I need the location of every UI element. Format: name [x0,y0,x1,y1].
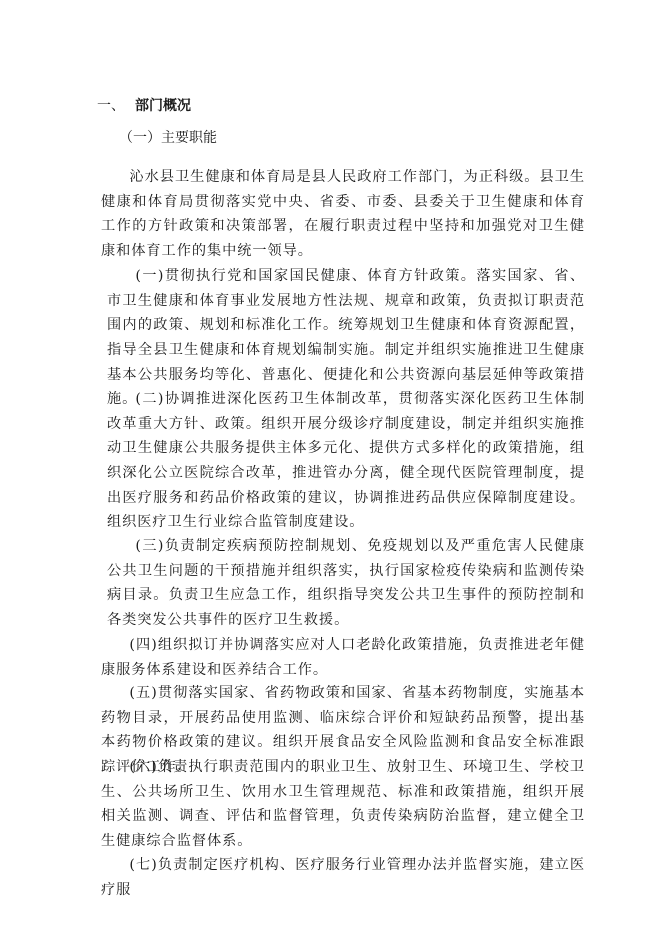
section-number: 一、 [97,95,135,115]
subsection-heading: （一）主要职能 [119,127,217,147]
duty-item-7: (七)负责制定医疗机构、医疗服务行业管理办法并监督实施，建立医疗服 [101,853,585,902]
section-title: 部门概况 [135,98,191,114]
duty-item-4: (四)组织拟订并协调落实应对人口老龄化政策措施，负责推进老年健康服务体系建设和医… [101,633,585,682]
duty-item-6: (六)负责执行职责范围内的职业卫生、放射卫生、环境卫生、学校卫生、公共场所卫生、… [101,755,585,853]
section-heading: 一、部门概况 [97,95,191,115]
duty-item-2: (二)协调推进深化医药卫生体制改革，贯彻落实深化医药卫生体制改革重大方针、政策。… [107,387,585,535]
intro-paragraph: 沁水县卫生健康和体育局是县人民政府工作部门，为正科级。县卫生健康和体育局贯彻落实… [101,165,585,263]
document-page: 一、部门概况 （一）主要职能 沁水县卫生健康和体育局是县人民政府工作部门，为正科… [0,0,662,936]
duty-item-3: (三)负责制定疾病预防控制规划、免疫规划以及严重危害人民健康公共卫生问题的干预措… [107,534,585,632]
